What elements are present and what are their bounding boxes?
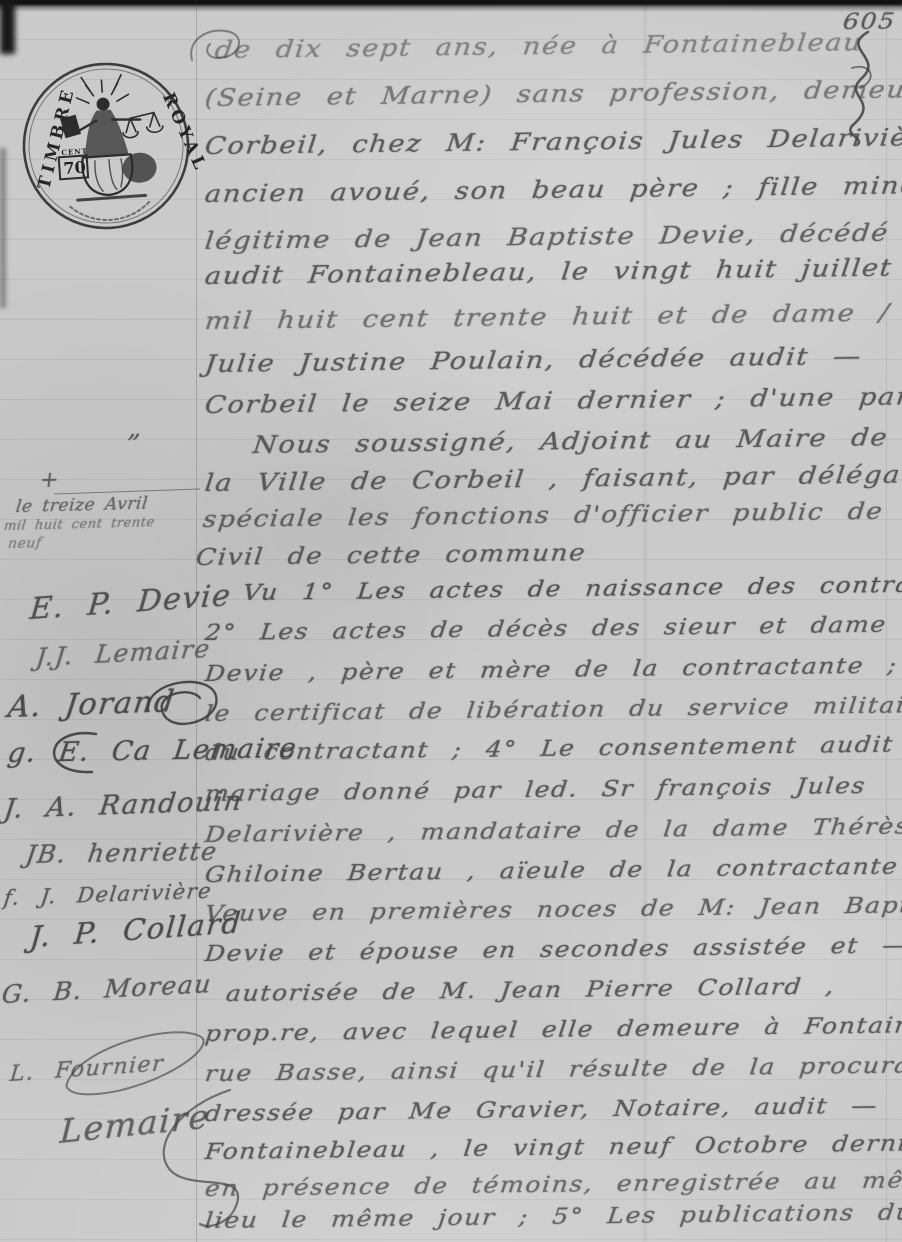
signature: JB. henriette — [24, 837, 220, 869]
text-line: la Ville de Corbeil , faisant, par délég… — [204, 460, 902, 497]
margin-note-line: mil huit cent trente — [3, 515, 155, 534]
text-line: de dix sept ans, née à Fontainebleau — [214, 28, 865, 64]
document-page: 605 TIMBRE ROYAL — [0, 0, 902, 1242]
signature: J. A. Randouin — [2, 786, 245, 825]
text-line: le certificat de libération du service m… — [204, 693, 902, 727]
text-line: Ghiloine Bertau , aïeule de la contracta… — [204, 855, 900, 888]
text-line: Corbeil, chez M: François Jules Delarivi… — [204, 123, 902, 160]
text-line: Delarivière , mandataire de la dame Thér… — [204, 814, 902, 848]
text-line: du contractant ; 4° Le consentement audi… — [204, 733, 895, 766]
text-line: autorisée de M. Jean Pierre Collard , — [225, 975, 837, 1007]
text-line: (Seine et Marne) sans profession, demeur… — [204, 74, 902, 112]
text-line: rue Basse, ainsi qu'il résulte de la pro… — [204, 1053, 902, 1087]
text-line: dressée par Me Gravier, Notaire, audit — — [204, 1094, 880, 1127]
text-line: légitime de Jean Baptiste Devie, décédé — [204, 219, 891, 255]
text-line: Civil de cette commune — [195, 540, 588, 571]
scan-corner-blob — [0, 0, 15, 54]
text-line: 2° Les actes de décès des sieur et dame … — [204, 612, 902, 646]
stamp-scales-icon — [122, 112, 164, 138]
stamp-value: 70 — [63, 157, 87, 178]
text-line: mil huit cent trente huit et de dame ∕ — [204, 299, 892, 335]
text-line: Nous soussigné, Adjoint au Maire de — [252, 423, 890, 459]
text-line: audit Fontainebleau, le vingt huit juill… — [204, 254, 894, 290]
signature: A. Jorand — [6, 684, 177, 725]
text-line: Devie et épouse en secondes assistée et … — [204, 933, 902, 967]
signature: f. J. Delarivière — [3, 879, 214, 910]
signature: g. E. Ca Lemaire — [6, 733, 299, 769]
margin-note-line: neuf — [7, 535, 42, 552]
text-line: ancien avoué, son beau père ; fille mine… — [204, 171, 902, 208]
margin-quote-mark: ” — [124, 430, 141, 460]
stamp-figure-head — [96, 97, 110, 111]
text-line: prop.re, avec lequel elle demeure à Font… — [204, 1012, 902, 1047]
text-line: mariage donné par led. Sr françois Jules — [204, 774, 868, 807]
text-line: Devie , père et mère de la contractante … — [204, 653, 902, 687]
text-line: spéciale les fonctions d'officier public… — [202, 497, 902, 533]
text-line: Fontainebleau , le vingt neuf Octobre de… — [204, 1131, 902, 1165]
text-line: en présence de témoins, enregistrée au m… — [204, 1168, 902, 1202]
text-line: Julie Justine Poulain, décédée audit — — [204, 342, 864, 378]
text-line: Corbeil le seize Mai dernier ; d'une par… — [204, 382, 902, 419]
stamp-figure-torso — [82, 109, 129, 158]
signature: G. B. Moreau — [0, 969, 213, 1009]
text-line: Veuve en premières noces de M: Jean Bapt… — [204, 893, 902, 927]
signature: J.J. Lemaire — [34, 634, 212, 672]
scan-top-edge — [0, 0, 902, 5]
margin-note-line: le treize Avril — [15, 494, 149, 517]
text-line: Vu 1° Les actes de naissance des contrac… — [242, 572, 902, 606]
signature: E. P. Devie — [28, 578, 232, 627]
margin-cross-mark: + — [39, 468, 61, 493]
stamp-drape — [122, 152, 158, 184]
timbre-royal-stamp: TIMBRE ROYAL CENT 70 — [20, 58, 192, 234]
text-line: lieu le même jour ; 5° Les publications … — [204, 1199, 902, 1234]
stamp-unit: CENT — [61, 146, 88, 157]
scan-left-smudge — [0, 148, 6, 308]
stamp-label-right: ROYAL — [158, 90, 211, 176]
